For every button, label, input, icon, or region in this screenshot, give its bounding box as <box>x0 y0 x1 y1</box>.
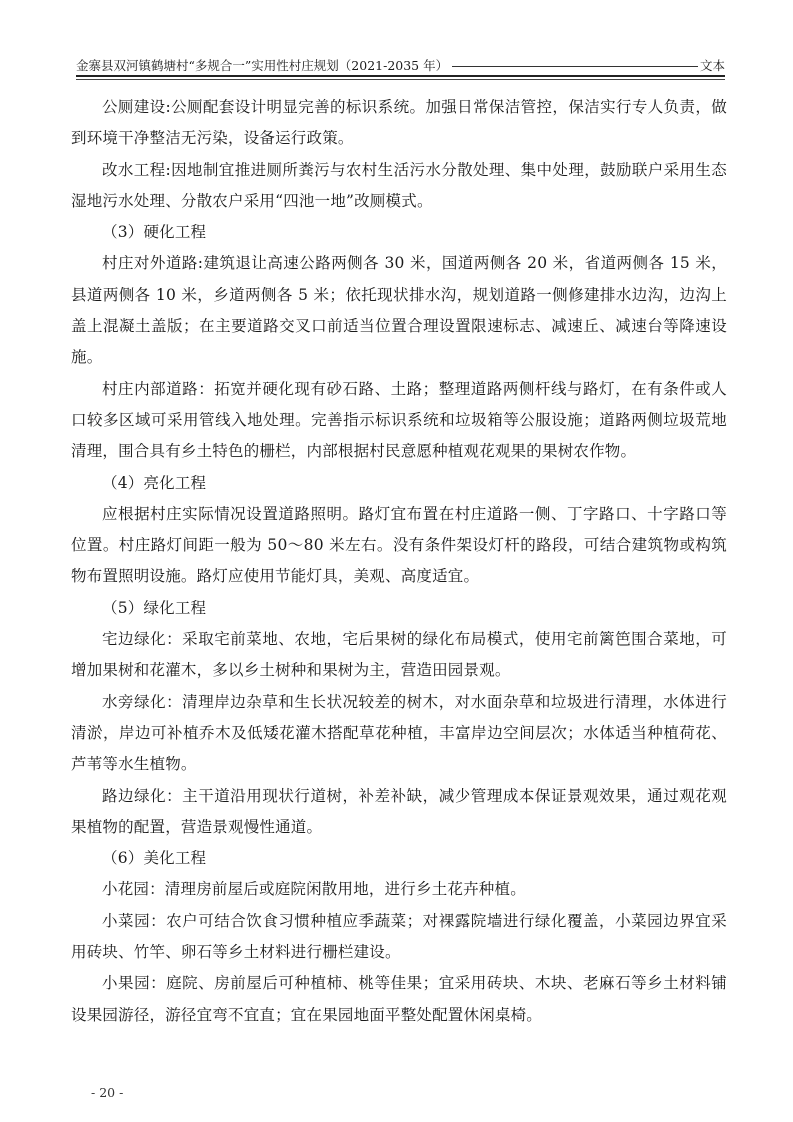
paragraph-waterside-greening: 水旁绿化：清理岸边杂草和生长状况较差的树木，对水面杂草和垃圾进行清理，水体进行清… <box>71 687 727 781</box>
paragraph-small-flower-garden: 小花园：清理房前屋后或庭院闲散用地，进行乡土花卉种植。 <box>71 874 727 905</box>
running-header: 金寨县双河镇鹤塘村“多规合一”实用性村庄规划（2021-2035 年） 文本 <box>76 55 725 75</box>
paragraph-house-side-greening: 宅边绿化：采取宅前菜地、农地，宅后果树的绿化布局模式，使用宅前篱笆围合菜地，可增… <box>71 624 727 687</box>
section-heading-beautification: （6）美化工程 <box>71 843 727 874</box>
header-dash-leader <box>452 66 698 67</box>
paragraph-internal-roads: 村庄内部道路：拓宽并硬化现有砂石路、土路；整理道路两侧杆线与路灯，在有条件或人口… <box>71 374 727 468</box>
paragraph-small-orchard: 小果园：庭院、房前屋后可种植柿、桃等佳果；宜采用砖块、木块、老麻石等乡土材料铺设… <box>71 968 727 1031</box>
paragraph-external-roads: 村庄对外道路:建筑退让高速公路两侧各 30 米，国道两侧各 20 米，省道两侧各… <box>71 248 727 373</box>
paragraph-public-toilet: 公厕建设:公厕配套设计明显完善的标识系统。加强日常保洁管控，保洁实行专人负责，做… <box>71 92 727 155</box>
header-section-label: 文本 <box>700 57 725 75</box>
header-double-rule <box>76 75 725 80</box>
paragraph-small-vegetable-garden: 小菜园：农户可结合饮食习惯种植应季蔬菜；对裸露院墙进行绿化覆盖，小菜园边界宜采用… <box>71 906 727 969</box>
document-body: 公厕建设:公厕配套设计明显完善的标识系统。加强日常保洁管控，保洁实行专人负责，做… <box>71 92 727 1031</box>
section-heading-hardening: （3）硬化工程 <box>71 217 727 248</box>
section-heading-lighting: （4）亮化工程 <box>71 468 727 499</box>
paragraph-water-renovation: 改水工程:因地制宜推进厕所粪污与农村生活污水分散处理、集中处理，鼓励联户采用生态… <box>71 155 727 218</box>
section-heading-greening: （5）绿化工程 <box>71 593 727 624</box>
paragraph-roadside-greening: 路边绿化：主干道沿用现状行道树，补差补缺，减少管理成本保证景观效果，通过观花观果… <box>71 781 727 844</box>
header-document-title: 金寨县双河镇鹤塘村“多规合一”实用性村庄规划（2021-2035 年） <box>76 57 448 75</box>
paragraph-street-lighting: 应根据村庄实际情况设置道路照明。路灯宜布置在村庄道路一侧、丁字路口、十字路口等位… <box>71 499 727 593</box>
page-number: - 20 - <box>91 1085 123 1101</box>
